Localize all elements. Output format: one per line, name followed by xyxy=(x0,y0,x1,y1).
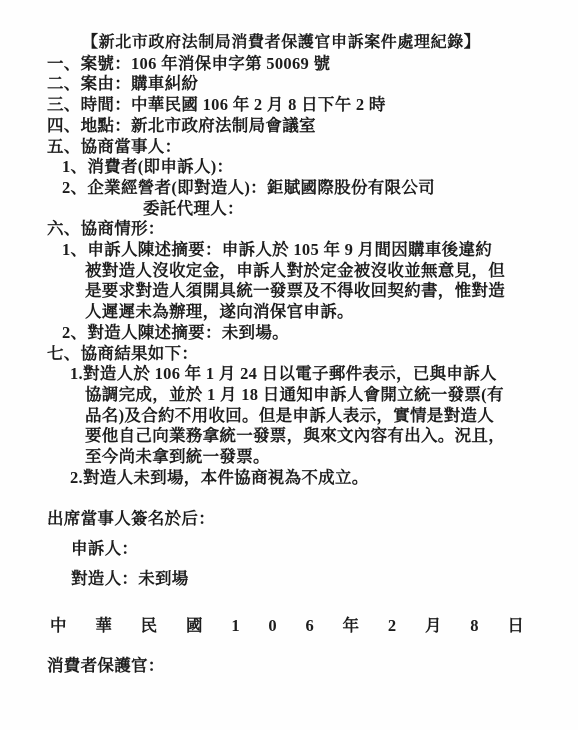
result-item1-line-4: 要他自己向業務拿統一發票，與來文內容有出入。況且， xyxy=(85,426,578,447)
officer-signature-line: 消費者保護官： xyxy=(47,656,578,677)
date-token: 中 xyxy=(50,616,67,637)
document-title: 【新北市政府法制局消費者保護官申訴案件處理紀錄】 xyxy=(82,33,578,54)
date-token: 6 xyxy=(305,616,313,637)
result-item2-line: 2.對造人未到場，本件協商視為不成立。 xyxy=(70,468,578,489)
time-line: 三、時間：中華民國 106 年 2 月 8 日下午 2 時 xyxy=(47,95,578,116)
case-number-line: 一、案號：106 年消保申字第 50069 號 xyxy=(47,54,578,75)
date-token: 8 xyxy=(470,616,478,637)
parties-heading: 五、協商當事人： xyxy=(47,137,578,158)
signature-heading: 出席當事人簽名於后： xyxy=(47,509,578,530)
result-heading: 七、協商結果如下： xyxy=(47,344,578,365)
complainant-statement-line-1: 1、申訴人陳述摘要：申訴人於 105 年 9 月間因購車後違約 xyxy=(62,240,578,261)
signature-respondent-line: 對造人：未到場 xyxy=(71,569,578,590)
date-token: 0 xyxy=(268,616,276,637)
complainant-statement-line-2: 被對造人沒收定金，申訴人對於定金被沒收並無意見，但 xyxy=(85,261,578,282)
result-item1-line-5: 至今尚未拿到統一發票。 xyxy=(85,447,578,468)
result-item1-line-1: 1.對造人於 106 年 1 月 24 日以電子郵件表示，已與申訴人 xyxy=(70,364,578,385)
date-token: 華 xyxy=(95,616,112,637)
signature-complainant-line: 申訴人： xyxy=(71,539,578,560)
date-token: 2 xyxy=(388,616,396,637)
negotiation-heading: 六、協商情形： xyxy=(47,219,578,240)
date-token: 1 xyxy=(231,616,239,637)
complainant-statement-line-3: 是要求對造人須開具統一發票及不得收回契約書，惟對造 xyxy=(85,281,578,302)
agent-line: 委託代理人： xyxy=(143,199,578,220)
case-reason-line: 二、案由：購車糾紛 xyxy=(47,74,578,95)
date-token: 年 xyxy=(343,616,360,637)
complainant-statement-line-4: 人遲遲未為辦理，遂向消保官申訴。 xyxy=(85,302,578,323)
date-token: 民 xyxy=(141,616,158,637)
scanned-document-page: 【新北市政府法制局消費者保護官申訴案件處理紀錄】 一、案號：106 年消保申字第… xyxy=(0,0,578,730)
result-item1-line-2: 協調完成，並於 1 月 18 日通知申訴人會開立統一發票(有 xyxy=(85,385,578,406)
consumer-party-line: 1、消費者(即申訴人)： xyxy=(62,157,578,178)
result-item1-line-3: 品名)及合約不用收回。但是申訴人表示，實情是對造人 xyxy=(85,406,578,427)
respondent-statement-line: 2、對造人陳述摘要：未到場。 xyxy=(62,323,578,344)
date-token: 月 xyxy=(425,616,442,637)
date-token: 國 xyxy=(186,616,203,637)
business-party-line: 2、企業經營者(即對造人)：鉅賦國際股份有限公司 xyxy=(62,178,578,199)
date-token: 日 xyxy=(507,616,524,637)
republic-era-date-line: 中 華 民 國 1 0 6 年 2 月 8 日 xyxy=(50,616,524,637)
location-line: 四、地點：新北市政府法制局會議室 xyxy=(47,116,578,137)
